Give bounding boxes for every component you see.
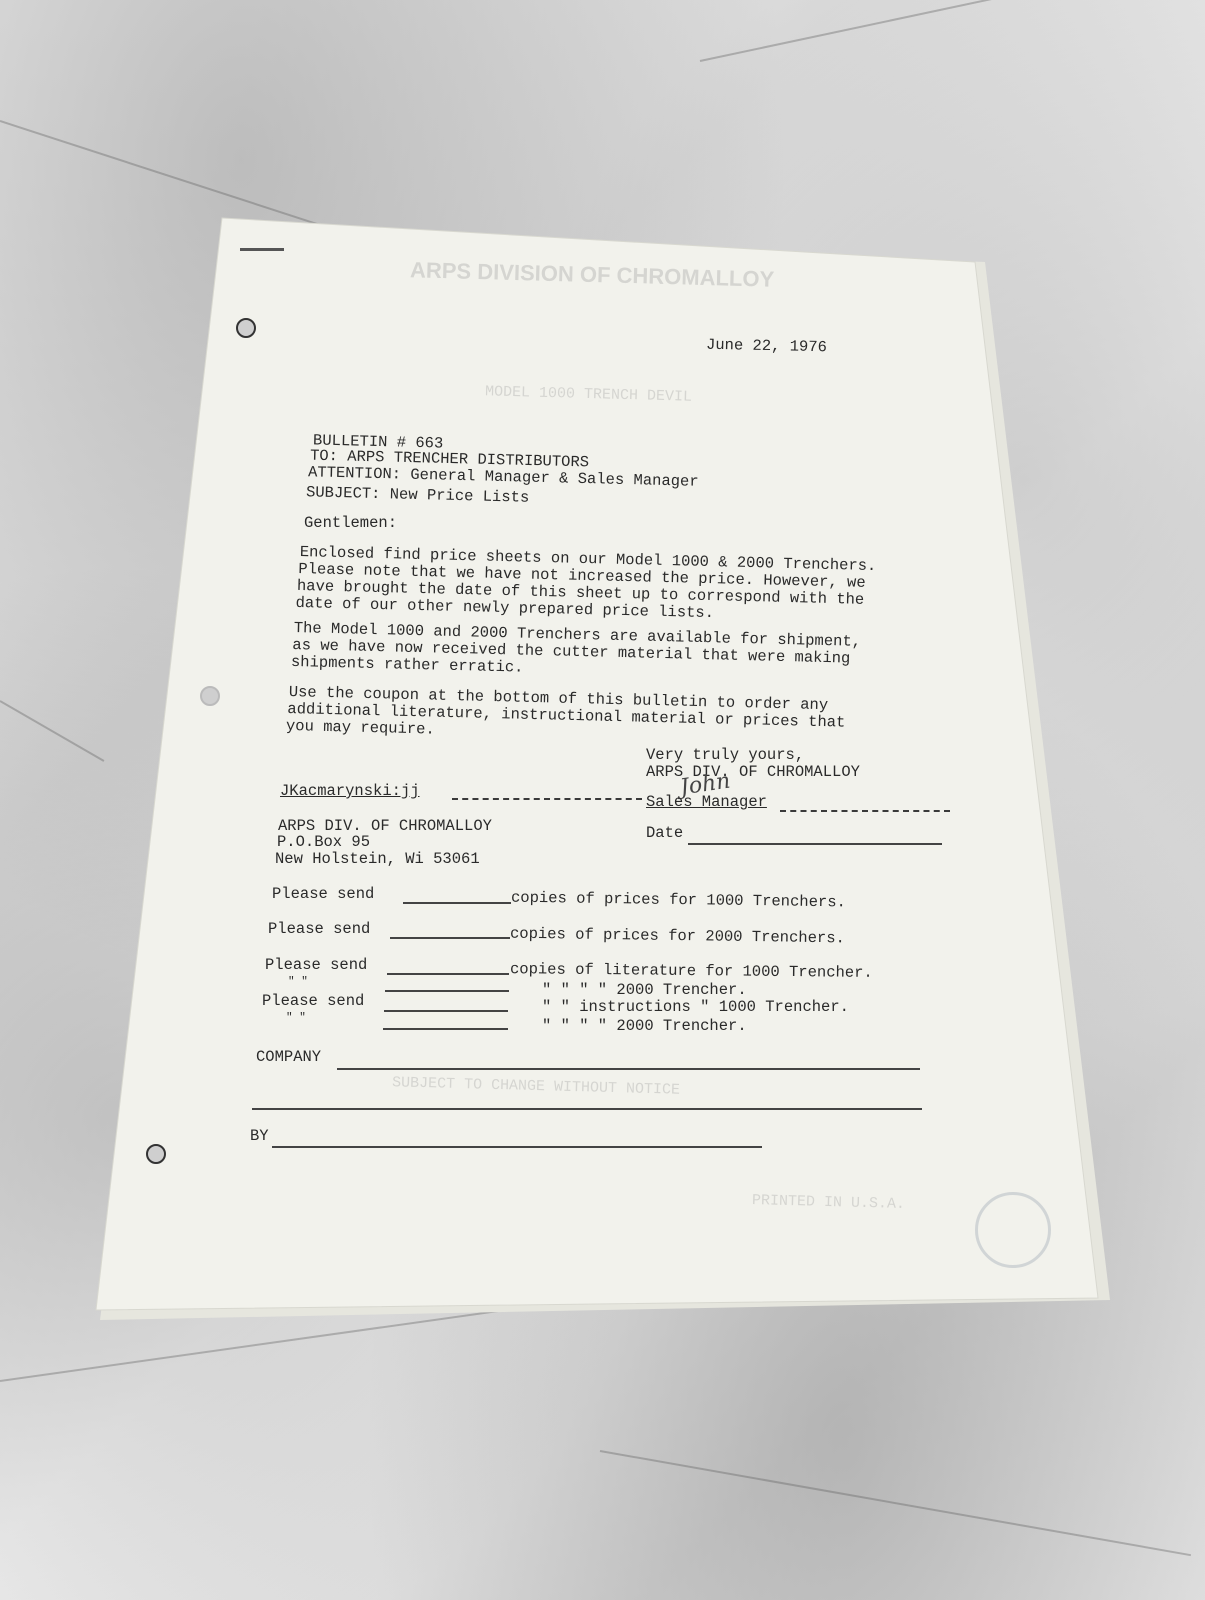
coupon-address-line-3: New Holstein, Wi 53061 [275,851,480,868]
salutation: Gentlemen: [304,515,397,532]
request-5-copies-field[interactable] [384,1010,508,1012]
request-3-copies-field[interactable] [387,973,509,975]
paragraph-1: Enclosed find price sheets on our Model … [298,544,876,626]
company-field[interactable] [337,1068,920,1070]
request-3-prefix: Please send [265,957,367,974]
paper-sheet [0,0,1205,1600]
request-5-text: " " instructions " 1000 Trencher. [542,999,849,1016]
letter-date: June 22, 1976 [706,337,827,357]
date-label: Date [646,825,683,842]
request-5-prefix: Please send [262,993,364,1010]
company-label: COMPANY [256,1049,321,1066]
closing: Very truly yours, [646,747,804,764]
request-2-copies-field[interactable] [390,937,510,939]
by-label: BY [250,1128,269,1145]
typist-initials: JKacmarynski:jj [280,783,420,800]
by-field[interactable] [272,1146,762,1148]
signer-title: Sales Manager [646,794,767,811]
request-1-prefix: Please send [272,886,374,903]
staple-mark [240,248,284,251]
company-field-line-2[interactable] [252,1108,922,1110]
request-4-prefix: " " [288,974,308,991]
punch-hole [236,318,256,338]
request-6-prefix: " " [286,1010,306,1027]
request-4-text: " " " " 2000 Trencher. [542,982,747,999]
date-field[interactable] [688,843,942,845]
request-6-text: " " " " 2000 Trencher. [542,1018,747,1035]
coupon-address-line-2: P.O.Box 95 [277,834,370,851]
request-4-copies-field[interactable] [385,990,509,992]
request-2-prefix: Please send [268,921,370,938]
cut-line [452,798,642,800]
punch-hole [146,1144,166,1164]
request-1-copies-field[interactable] [403,902,511,904]
cut-line [780,810,950,812]
punch-hole [200,686,220,706]
request-6-copies-field[interactable] [383,1028,508,1030]
seal-ghost [975,1192,1051,1268]
